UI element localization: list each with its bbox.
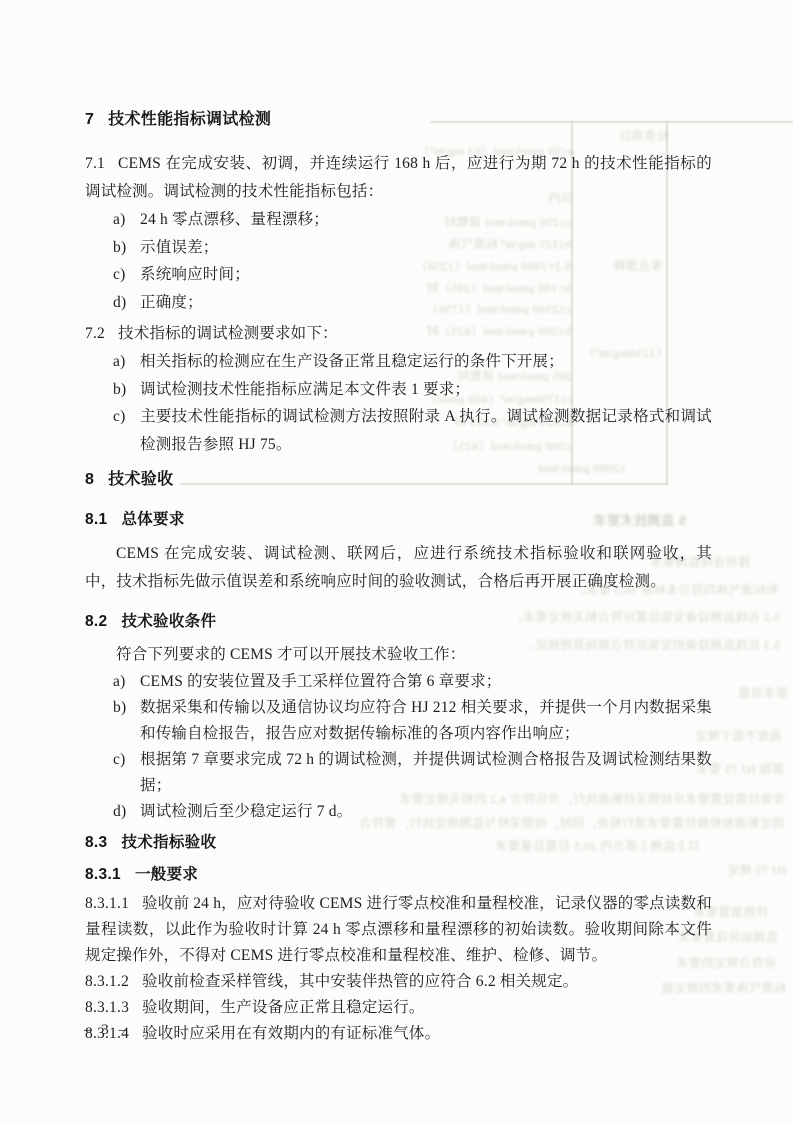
section-8-1-number: 8.1 [85, 511, 107, 528]
section-8-2-number: 8.2 [85, 613, 107, 630]
list-8-2: a)CEMS 的安装位置及手工采样位置符合第 6 章要求； b)数据采集和传输以… [85, 669, 712, 825]
section-8-heading: 8技术验收 [85, 468, 712, 492]
clause-7-1: 7.1CEMS 在完成安装、初调，并连续运行 168 h 后，应进行为期 72 … [85, 150, 712, 206]
list-item-8-2-d: d)调试检测后至少稳定运行 7 d。 [85, 799, 712, 825]
list-item-text: 根据第 7 章要求完成 72 h 的调试检测，并提供调试检测合格报告及调试检测结… [140, 747, 712, 799]
list-item-8-2-c: c)根据第 7 章要求完成 72 h 的调试检测，并提供调试检测合格报告及调试检… [85, 747, 712, 799]
list-item-7-1-a: a)24 h 零点漂移、量程漂移； [85, 206, 712, 234]
list-item-text: 24 h 零点漂移、量程漂移； [140, 206, 712, 234]
list-7-2: a)相关指标的检测应在生产设备正常且稳定运行的条件下开展； b)调试检测技术性能… [85, 348, 712, 458]
list-item-text: 调试检测后至少稳定运行 7 d。 [140, 799, 712, 825]
clause-8-3-1-2: 8.3.1.2验收前检查采样管线，其中安装伴热管的应符合 6.2 相关规定。 [85, 969, 712, 995]
clause-7-1-number: 7.1 [85, 155, 105, 172]
clauses-8-3-1: 8.3.1.1验收前 24 h，应对待验收 CEMS 进行零点校准和量程校准，记… [85, 891, 712, 1047]
list-item-text: 正确度； [140, 289, 712, 317]
document-page: 检查项目a≤50 µmol/mol（63 mg/m³）以内c≥250 µmol/… [0, 0, 793, 1122]
section-8-3-1-heading: 8.3.1一般要求 [85, 863, 712, 887]
clause-8-1-body: CEMS 在完成安装、调试检测、联网后，应进行系统技术指标验收和联网验收，其中，… [85, 540, 712, 596]
list-item-7-1-d: d)正确度； [85, 289, 712, 317]
section-8-title: 技术验收 [108, 471, 173, 488]
list-item-text: 数据采集和传输以及通信协议均应符合 HJ 212 相关要求，并提供一个月内数据采… [140, 695, 712, 747]
section-8-number: 8 [85, 471, 94, 488]
clause-text: 验收前检查采样管线，其中安装伴热管的应符合 6.2 相关规定。 [142, 973, 578, 990]
list-item-7-2-c: c)主要技术性能指标的调试检测方法按照附录 A 执行。调试检测数据记录格式和调试… [85, 403, 712, 458]
list-item-text: CEMS 的安装位置及手工采样位置符合第 6 章要求； [140, 669, 712, 695]
clause-text: 验收前 24 h，应对待验收 CEMS 进行零点校准和量程校准，记录仪器的零点读… [85, 895, 712, 964]
list-marker: a) [113, 348, 140, 376]
section-7-title: 技术性能指标调试检测 [108, 111, 271, 128]
section-8-3-1-number: 8.3.1 [85, 866, 121, 883]
bleedthrough-text: 要求设置 [700, 684, 788, 701]
section-7-heading: 7技术性能指标调试检测 [85, 108, 712, 132]
clause-number: 8.3.1.2 [85, 973, 129, 990]
list-marker: a) [113, 206, 140, 234]
list-item-text: 主要技术性能指标的调试检测方法按照附录 A 执行。调试检测数据记录格式和调试检测… [140, 403, 712, 458]
clause-8-3-1-1: 8.3.1.1验收前 24 h，应对待验收 CEMS 进行零点校准和量程校准，记… [85, 891, 712, 969]
clause-text: 验收期间，生产设备应正常且稳定运行。 [142, 999, 425, 1016]
list-marker: c) [113, 747, 140, 799]
clause-8-3-1-3: 8.3.1.3验收期间，生产设备应正常且稳定运行。 [85, 995, 712, 1021]
section-8-2-title: 技术验收条件 [121, 613, 216, 630]
list-item-7-1-c: c)系统响应时间； [85, 261, 712, 289]
list-item-text: 相关指标的检测应在生产设备正常且稳定运行的条件下开展； [140, 348, 712, 376]
list-item-text: 示值误差； [140, 234, 712, 262]
section-8-3-title: 技术指标验收 [121, 834, 216, 851]
list-item-8-2-a: a)CEMS 的安装位置及手工采样位置符合第 6 章要求； [85, 669, 712, 695]
clause-7-1-text: CEMS 在完成安装、初调，并连续运行 168 h 后，应进行为期 72 h 的… [85, 155, 712, 200]
clause-7-2-number: 7.2 [85, 325, 105, 342]
list-marker: d) [113, 289, 140, 317]
list-item-7-2-b: b)调试检测技术性能指标应满足本文件表 1 要求； [85, 376, 712, 404]
list-item-7-2-a: a)相关指标的检测应在生产设备正常且稳定运行的条件下开展； [85, 348, 712, 376]
list-marker: b) [113, 376, 140, 404]
clause-number: 8.3.1.3 [85, 999, 129, 1016]
clause-number: 8.3.1.1 [85, 895, 129, 912]
list-marker: b) [113, 695, 140, 747]
list-marker: b) [113, 234, 140, 262]
clause-8-2-intro: 符合下列要求的 CEMS 才可以开展技术验收工作： [85, 641, 712, 669]
list-marker: c) [113, 261, 140, 289]
list-marker: a) [113, 669, 140, 695]
list-item-text: 调试检测技术性能指标应满足本文件表 1 要求； [140, 376, 712, 404]
section-8-3-number: 8.3 [85, 834, 107, 851]
clause-7-2-text: 技术指标的调试检测要求如下： [118, 325, 338, 342]
section-8-1-heading: 8.1总体要求 [85, 508, 712, 532]
list-marker: c) [113, 403, 140, 458]
list-marker: d) [113, 799, 140, 825]
list-item-8-2-b: b)数据采集和传输以及通信协议均应符合 HJ 212 相关要求，并提供一个月内数… [85, 695, 712, 747]
section-8-2-heading: 8.2技术验收条件 [85, 610, 712, 634]
list-item-7-1-b: b)示值误差； [85, 234, 712, 262]
list-7-1: a)24 h 零点漂移、量程漂移； b)示值误差； c)系统响应时间； d)正确… [85, 206, 712, 316]
section-8-3-heading: 8.3技术指标验收 [85, 831, 712, 855]
list-item-text: 系统响应时间； [140, 261, 712, 289]
document-content: 7技术性能指标调试检测 7.1CEMS 在完成安装、初调，并连续运行 168 h… [85, 0, 712, 1047]
clause-8-3-1-4: 8.3.1.4验收时应采用在有效期内的有证标准气体。 [85, 1021, 712, 1047]
section-7-number: 7 [85, 111, 94, 128]
page-number: – 3 – [84, 1022, 129, 1039]
section-8-1-title: 总体要求 [121, 511, 184, 528]
clause-text: 验收时应采用在有效期内的有证标准气体。 [142, 1025, 440, 1042]
section-8-3-1-title: 一般要求 [135, 866, 198, 883]
clause-7-2: 7.2技术指标的调试检测要求如下： [85, 320, 712, 348]
